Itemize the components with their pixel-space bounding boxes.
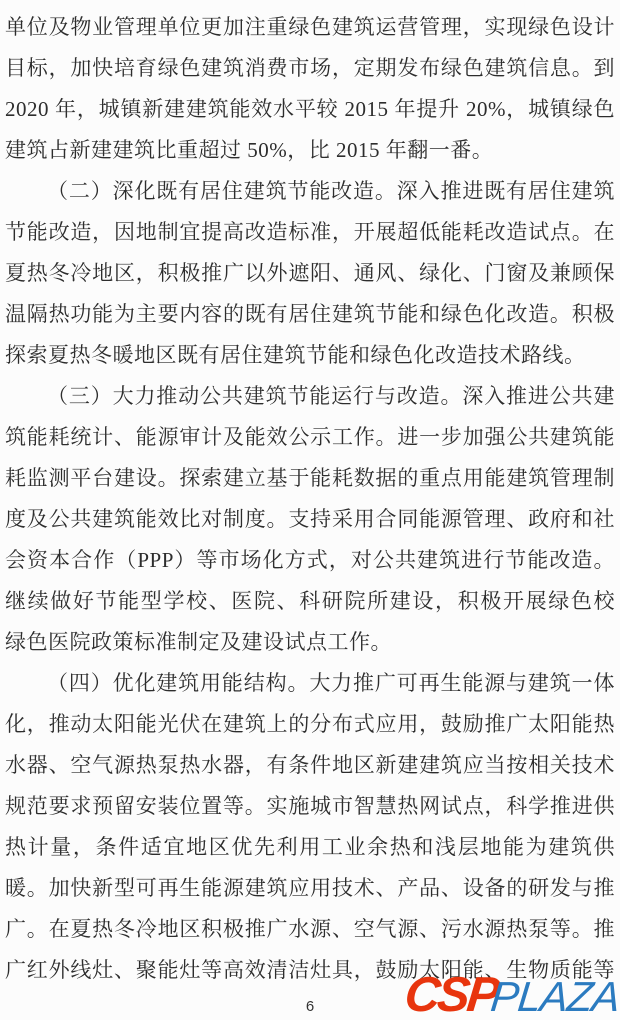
text-line: 筑能耗统计、能源审计及能效公示工作。进一步加强公共建筑能 (5, 417, 615, 458)
text-line: 继续做好节能型学校、医院、科研院所建设，积极开展绿色校园、 (5, 581, 615, 622)
text-line: 单位及物业管理单位更加注重绿色建筑运营管理，实现绿色设计 (5, 7, 615, 48)
text-line: （二）深化既有居住建筑节能改造。深入推进既有居住建筑 (5, 171, 615, 212)
document-page: 单位及物业管理单位更加注重绿色建筑运营管理，实现绿色设计 目标，加快培育绿色建筑… (0, 0, 620, 1020)
text-line: 2020 年，城镇新建建筑能效水平较 2015 年提升 20%，城镇绿色 (5, 89, 615, 130)
text-line: 会资本合作（PPP）等市场化方式，对公共建筑进行节能改造。 (5, 540, 615, 581)
text-line: （四）优化建筑用能结构。大力推广可再生能源与建筑一体 (5, 663, 615, 704)
text-line: （三）大力推动公共建筑节能运行与改造。深入推进公共建 (5, 376, 615, 417)
text-line: 耗监测平台建设。探索建立基于能耗数据的重点用能建筑管理制 (5, 458, 615, 499)
page-number: 6 (0, 998, 620, 1015)
text-line: 规范要求预留安装位置等。实施城市智慧热网试点，科学推进供 (5, 786, 615, 827)
text-line: 广红外线灶、聚能灶等高效清洁灶具，鼓励太阳能、生物质能等 (5, 950, 615, 991)
text-line: 夏热冬冷地区，积极推广以外遮阳、通风、绿化、门窗及兼顾保 (5, 253, 615, 294)
text-line: 目标，加快培育绿色建筑消费市场，定期发布绿色建筑信息。到 (5, 48, 615, 89)
text-line: 度及公共建筑能效比对制度。支持采用合同能源管理、政府和社 (5, 499, 615, 540)
text-line: 节能改造，因地制宜提高改造标准，开展超低能耗改造试点。在 (5, 212, 615, 253)
text-line: 暖。加快新型可再生能源建筑应用技术、产品、设备的研发与推 (5, 868, 615, 909)
text-line: 探索夏热冬暖地区既有居住建筑节能和绿色化改造技术路线。 (5, 335, 615, 376)
document-body: 单位及物业管理单位更加注重绿色建筑运营管理，实现绿色设计 目标，加快培育绿色建筑… (5, 7, 615, 991)
text-line: 绿色医院政策标准制定及建设试点工作。 (5, 622, 615, 663)
text-line: 建筑占新建建筑比重超过 50%，比 2015 年翻一番。 (5, 130, 615, 171)
text-line: 水器、空气源热泵热水器，有条件地区新建建筑应当按相关技术 (5, 745, 615, 786)
text-line: 广。在夏热冬冷地区积极推广水源、空气源、污水源热泵等。推 (5, 909, 615, 950)
text-line: 化，推动太阳能光伏在建筑上的分布式应用，鼓励推广太阳能热 (5, 704, 615, 745)
text-line: 热计量，条件适宜地区优先利用工业余热和浅层地能为建筑供 (5, 827, 615, 868)
text-line: 温隔热功能为主要内容的既有居住建筑节能和绿色化改造。积极 (5, 294, 615, 335)
